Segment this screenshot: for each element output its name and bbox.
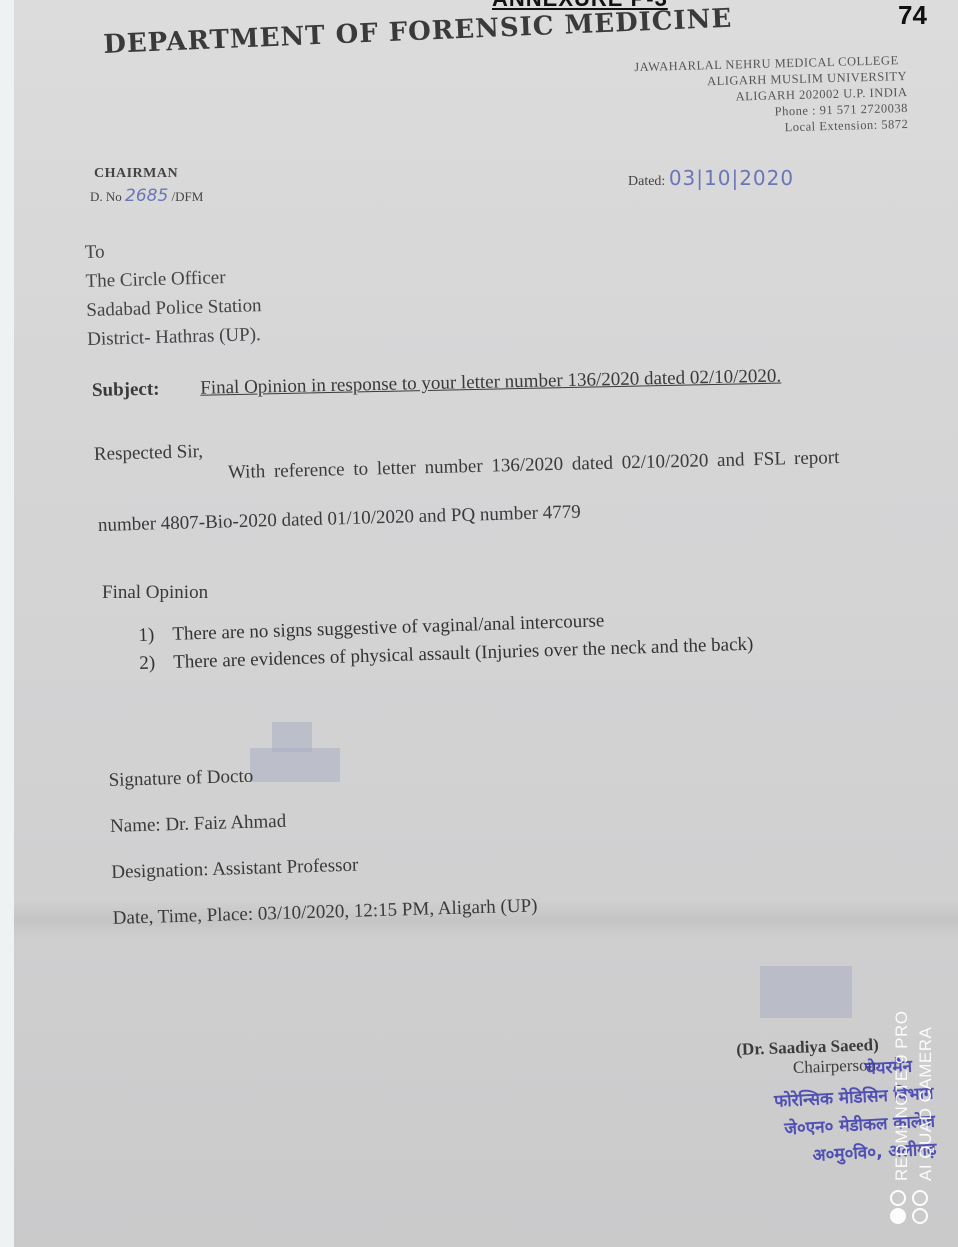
opinion-heading: Final Opinion: [102, 582, 208, 604]
redacted-chair-signature: [760, 966, 852, 1018]
camera-watermark: REDMI NOTE 9 PRO AI QUAD CAMERA: [888, 945, 939, 1225]
dno-handwritten: 2685: [125, 186, 168, 206]
body-paragraph-line2: number 4807-Bio-2020 dated 01/10/2020 an…: [98, 502, 581, 537]
recipient-line: District- Hathras (UP).: [87, 320, 263, 354]
opinion-list: 1)There are no signs suggestive of vagin…: [138, 603, 754, 678]
department-title: DEPARTMENT OF FORENSIC MEDICINE: [103, 4, 733, 60]
subject-text: Final Opinion in response to your letter…: [200, 366, 781, 399]
dispatch-number: D. No 2685 /DFM: [90, 186, 203, 206]
watermark-line1: REDMI NOTE 9 PRO: [890, 1011, 914, 1181]
document-page: ANNEXURE P-3 74 DEPARTMENT OF FORENSIC M…: [14, 0, 958, 1247]
camera-dots-icon: [888, 1189, 939, 1225]
dated-handwritten: 03|10|2020: [669, 166, 794, 190]
subject-label: Subject:: [92, 379, 160, 401]
subject-line: Subject: Final Opinion in response to yo…: [92, 366, 782, 402]
dno-suffix: /DFM: [172, 189, 204, 204]
signatory-block: Signature of Docto Name: Dr. Faiz Ahmad …: [108, 745, 538, 942]
letterhead-address: JAWAHARLAL NEHRU MEDICAL COLLEGE ALIGARH…: [634, 52, 908, 139]
dated-label: Dated:: [628, 174, 665, 189]
watermark-line2: AI QUAD CAMERA: [914, 1011, 938, 1181]
page-number: 74: [898, 0, 927, 31]
dated-field: Dated: 03|10|2020: [628, 166, 794, 190]
office-label: CHAIRMAN: [94, 166, 178, 182]
greeting: Respected Sir,: [94, 441, 204, 466]
recipient-block: To The Circle Officer Sadabad Police Sta…: [84, 233, 262, 354]
dno-prefix: D. No: [90, 189, 122, 204]
body-paragraph-line1: With reference to letter number 136/2020…: [228, 447, 840, 484]
